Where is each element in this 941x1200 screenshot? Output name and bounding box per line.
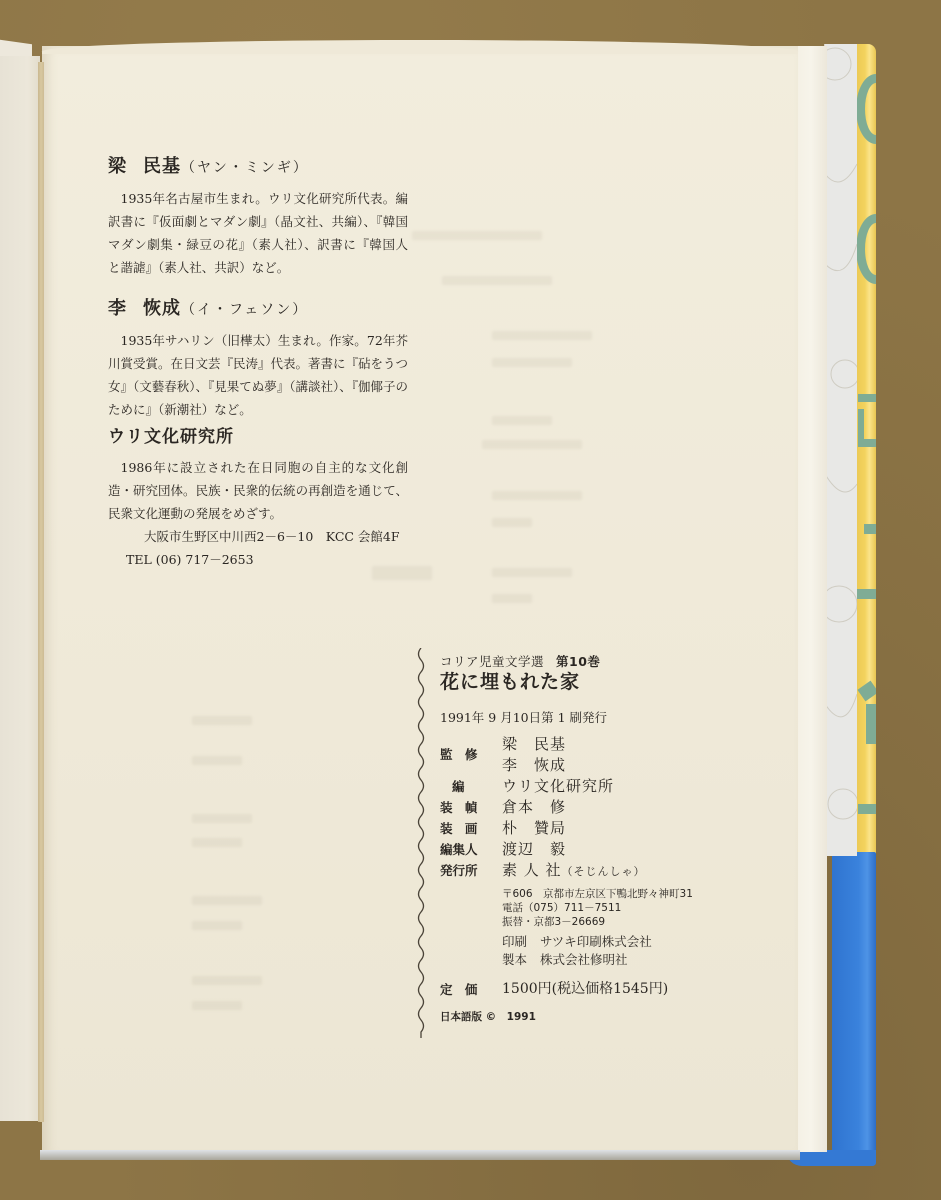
binder-row: 製本株式会社修明社 bbox=[502, 951, 714, 969]
cover-letter-graphic bbox=[858, 439, 876, 447]
binder-label: 製本 bbox=[502, 951, 540, 969]
show-through-text bbox=[442, 276, 552, 285]
credit-value: 李 恢成 bbox=[502, 755, 566, 776]
credit-label: 監 修 bbox=[440, 734, 502, 765]
organization-phone: TEL (06) 717－2653 bbox=[108, 548, 408, 571]
credit-value: 倉本 修 bbox=[502, 797, 566, 818]
cover-spine-yellow bbox=[854, 44, 876, 856]
show-through-text bbox=[192, 896, 262, 905]
credit-label: 装 画 bbox=[440, 818, 502, 839]
credit-label: 発行所 bbox=[440, 860, 502, 881]
organization-section: ウリ文化研究所 1986年に設立された在日同胞の自主的な文化創造・研究団体。民族… bbox=[108, 426, 408, 571]
author-reading: （イ・フェソン） bbox=[181, 302, 308, 318]
show-through-text bbox=[492, 518, 532, 527]
page-block-edge bbox=[794, 46, 827, 1152]
cover-letter-graphic bbox=[856, 589, 876, 599]
credit-value: ウリ文化研究所 bbox=[502, 776, 614, 797]
publisher-address: 〒606 京都市左京区下鴨北野々神町31 bbox=[502, 887, 714, 901]
copyright-line: 日本語版 © 1991 bbox=[440, 1010, 714, 1024]
author-family-name: 梁 bbox=[108, 156, 127, 177]
show-through-text bbox=[192, 814, 252, 823]
endpaper-pattern bbox=[824, 44, 857, 856]
show-through-text bbox=[412, 231, 542, 240]
publisher-name: 素 人 社 bbox=[502, 861, 562, 879]
price-value: 1500円(税込価格1545円) bbox=[502, 979, 668, 1000]
show-through-text bbox=[192, 976, 262, 985]
show-through-text bbox=[492, 491, 582, 500]
binder-value: 株式会社修明社 bbox=[540, 952, 628, 967]
vine-border-icon bbox=[414, 648, 428, 1038]
price-label: 定 価 bbox=[440, 979, 502, 1000]
show-through-text bbox=[492, 568, 572, 577]
publisher-address-block: 〒606 京都市左京区下鴨北野々神町31 電話（075）711－7511 振替・… bbox=[440, 887, 714, 969]
credit-row: 編 ウリ文化研究所 bbox=[440, 776, 714, 797]
organization-description: 1986年に設立された在日同胞の自主的な文化創造・研究団体。民族・民衆的伝統の再… bbox=[108, 456, 408, 525]
author-section: 李恢成（イ・フェソン） 1935年サハリン（旧樺太）生まれ。作家。72年芥川賞受… bbox=[108, 298, 408, 421]
book-page: 梁民基（ヤン・ミンギ） 1935年名古屋市生まれ。ウリ文化研究所代表。編訳書に『… bbox=[42, 46, 798, 1158]
author-section: 梁民基（ヤン・ミンギ） 1935年名古屋市生まれ。ウリ文化研究所代表。編訳書に『… bbox=[108, 156, 408, 279]
show-through-text bbox=[192, 756, 242, 765]
organization-name: ウリ文化研究所 bbox=[108, 426, 408, 448]
show-through-text bbox=[482, 440, 582, 449]
credit-value: 渡辺 毅 bbox=[502, 839, 566, 860]
publisher-transfer-account: 振替・京都3－26669 bbox=[502, 915, 714, 929]
price-row: 定 価 1500円(税込価格1545円) bbox=[440, 979, 714, 1000]
author-reading: （ヤン・ミンギ） bbox=[181, 160, 309, 176]
credit-row: 発行所 素 人 社（そじんしゃ） bbox=[440, 860, 714, 881]
page-bottom-edge bbox=[40, 1150, 800, 1160]
cover-letter-graphic bbox=[857, 681, 876, 702]
author-bio: 1935年サハリン（旧樺太）生まれ。作家。72年芥川賞受賞。在日文芸『民涛』代表… bbox=[108, 329, 408, 421]
author-family-name: 李 bbox=[108, 298, 127, 319]
cover-letter-graphic bbox=[858, 394, 876, 402]
book-title: 花に埋もれた家 bbox=[440, 670, 714, 694]
show-through-text bbox=[492, 594, 532, 603]
show-through-text bbox=[192, 716, 252, 725]
credit-label: 編集人 bbox=[440, 839, 502, 860]
cover-letter-graphic bbox=[866, 704, 876, 744]
show-through-text bbox=[492, 331, 592, 340]
show-through-text bbox=[492, 358, 572, 367]
publisher-phone: 電話（075）711－7511 bbox=[502, 901, 714, 915]
page-gutter bbox=[38, 62, 44, 1122]
series-volume: 第10巻 bbox=[556, 654, 600, 669]
credit-row: 監 修 梁 民基 李 恢成 bbox=[440, 734, 714, 776]
credit-label: 編 bbox=[440, 776, 502, 797]
cover-blue-band bbox=[832, 852, 876, 1164]
series-name: コリア児童文学選 bbox=[440, 654, 544, 669]
colophon-box: コリア児童文学選第10巻 花に埋もれた家 1991年 9 月10日第 1 刷発行… bbox=[414, 648, 714, 1038]
organization-address: 大阪市生野区中川西2－6－10 KCC 会館4F bbox=[108, 525, 408, 548]
author-given-name: 民基 bbox=[143, 156, 181, 177]
publisher-reading: （そじんしゃ） bbox=[562, 865, 646, 878]
series-line: コリア児童文学選第10巻 bbox=[440, 652, 714, 670]
cover-ring-graphic bbox=[856, 214, 876, 284]
credit-label: 装 幀 bbox=[440, 797, 502, 818]
publication-date: 1991年 9 月10日第 1 刷発行 bbox=[440, 708, 714, 726]
show-through-text bbox=[192, 1001, 242, 1010]
author-given-name: 恢成 bbox=[143, 298, 181, 319]
credits-list: 監 修 梁 民基 李 恢成 編 ウリ文化研究所 装 幀 倉本 修 装 画 朴 贊 bbox=[440, 734, 714, 881]
credit-value: 朴 贊局 bbox=[502, 818, 566, 839]
printer-row: 印刷サツキ印刷株式会社 bbox=[502, 933, 714, 951]
cover-ring-graphic bbox=[856, 74, 876, 144]
author-bio: 1935年名古屋市生まれ。ウリ文化研究所代表。編訳書に『仮面劇とマダン劇』（晶文… bbox=[108, 187, 408, 279]
cover-letter-graphic bbox=[864, 524, 876, 534]
credit-row: 編集人 渡辺 毅 bbox=[440, 839, 714, 860]
printer-label: 印刷 bbox=[502, 933, 540, 951]
author-heading: 李恢成（イ・フェソン） bbox=[108, 298, 408, 321]
show-through-text bbox=[192, 838, 242, 847]
show-through-text bbox=[192, 921, 242, 930]
author-heading: 梁民基（ヤン・ミンギ） bbox=[108, 156, 408, 179]
credit-row: 装 画 朴 贊局 bbox=[440, 818, 714, 839]
previous-page bbox=[0, 56, 40, 1121]
colophon-content: コリア児童文学選第10巻 花に埋もれた家 1991年 9 月10日第 1 刷発行… bbox=[440, 652, 714, 1024]
show-through-text bbox=[492, 416, 552, 425]
credit-value: 梁 民基 bbox=[502, 734, 566, 755]
cover-letter-graphic bbox=[858, 804, 876, 814]
credit-row: 装 幀 倉本 修 bbox=[440, 797, 714, 818]
floral-line-pattern-icon bbox=[825, 44, 857, 856]
printer-value: サツキ印刷株式会社 bbox=[540, 934, 652, 949]
